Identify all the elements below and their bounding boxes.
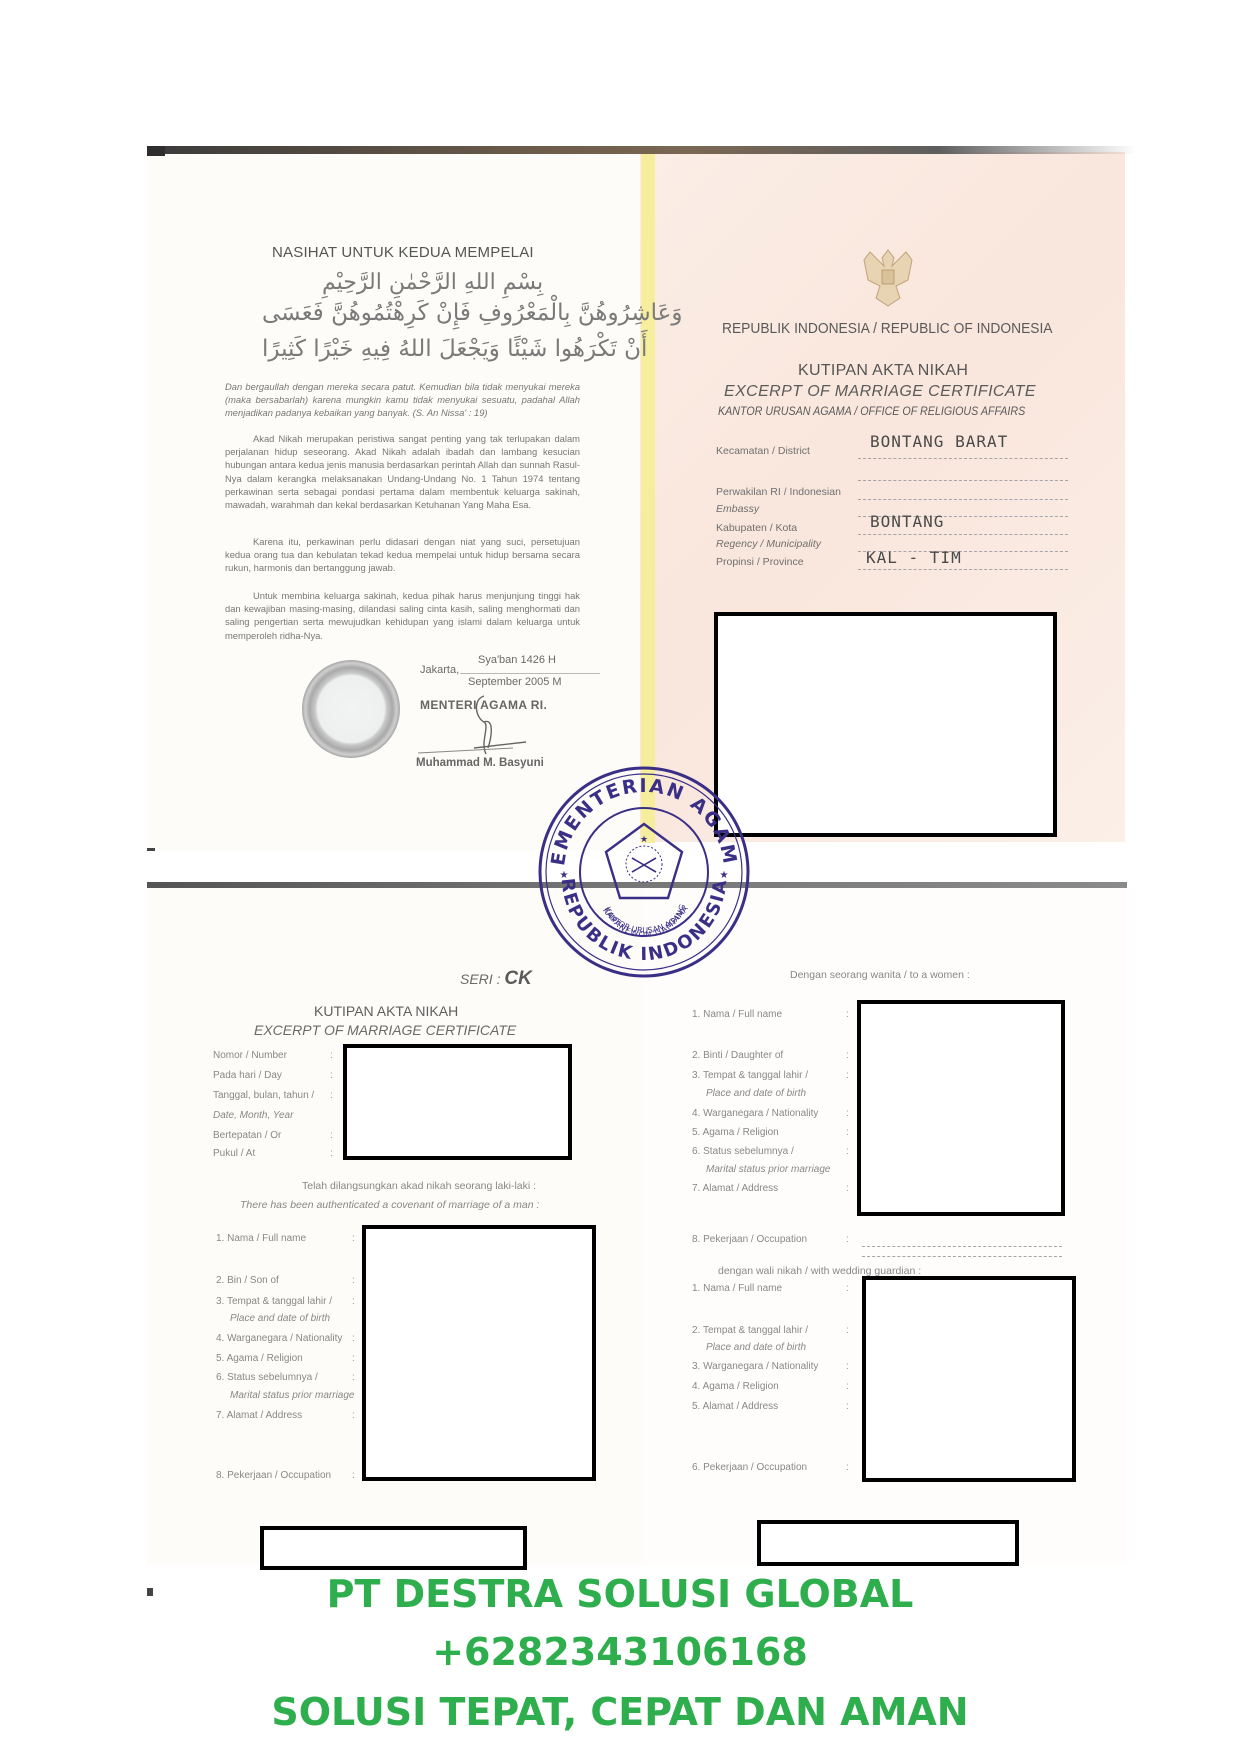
- dotted-line: [858, 480, 1068, 481]
- field-label: Nomor / Number: [213, 1050, 287, 1061]
- husband-intro-id: Telah dilangsungkan akad nikah seorang l…: [302, 1180, 536, 1192]
- field-label: 4. Agama / Religion: [692, 1381, 779, 1392]
- redaction-box: [862, 1276, 1076, 1482]
- field-label: 4. Warganegara / Nationality: [692, 1108, 818, 1119]
- field-colon: :: [846, 1283, 849, 1294]
- redaction-box: [857, 1000, 1065, 1216]
- field-colon: :: [846, 1401, 849, 1412]
- advice-paragraph-4: Untuk membina keluarga sakinah, kedua pi…: [225, 589, 580, 642]
- field-label: 5. Agama / Religion: [692, 1127, 779, 1138]
- ad-phone-number: +6282343106168: [0, 1630, 1240, 1674]
- republic-heading: REPUBLIK INDONESIA / REPUBLIC OF INDONES…: [722, 320, 1053, 337]
- scan-side-mark: [147, 848, 155, 851]
- garuda-emblem-icon: [848, 240, 928, 310]
- svg-text:KAPANEWON GAMPING: KAPANEWON GAMPING: [603, 902, 688, 939]
- husband-page-title-en: EXCERPT OF MARRIAGE CERTIFICATE: [254, 1022, 516, 1038]
- field-label: Marital status prior marriage: [706, 1164, 830, 1175]
- arabic-basmala: بِسْمِ اللهِ الرَّحْمٰنِ الرَّحِيْمِ: [322, 270, 543, 295]
- field-colon: :: [846, 1009, 849, 1020]
- field-label: 8. Pekerjaan / Occupation: [692, 1234, 807, 1245]
- book-spine-strip: [641, 153, 655, 843]
- field-label: 2. Bin / Son of: [216, 1275, 279, 1286]
- advice-quote-paragraph: Dan bergaullah dengan mereka secara patu…: [225, 380, 580, 420]
- field-colon: :: [330, 1050, 333, 1061]
- signer-name: Muhammad M. Basyuni: [416, 757, 544, 769]
- district-label: Kecamatan / District: [716, 445, 810, 457]
- field-colon: :: [846, 1108, 849, 1119]
- field-colon: :: [846, 1127, 849, 1138]
- field-label: 4. Warganegara / Nationality: [216, 1333, 342, 1344]
- wife-intro: Dengan seorang wanita / to a women :: [790, 969, 970, 981]
- field-colon: :: [352, 1470, 355, 1481]
- scan-top-edge: [147, 146, 1137, 154]
- signing-place: Jakarta,: [420, 664, 459, 676]
- field-label: 1. Nama / Full name: [216, 1233, 306, 1244]
- field-label: Tanggal, bulan, tahun /: [213, 1090, 314, 1101]
- field-colon: :: [846, 1070, 849, 1081]
- field-label: Pukul / At: [213, 1148, 255, 1159]
- field-colon: :: [846, 1183, 849, 1194]
- ministry-seal-icon: [302, 660, 400, 758]
- field-colon: :: [352, 1233, 355, 1244]
- field-label: 7. Alamat / Address: [692, 1183, 778, 1194]
- field-label: 5. Alamat / Address: [692, 1401, 778, 1412]
- redaction-box: [343, 1044, 572, 1160]
- ad-tagline: SOLUSI TEPAT, CEPAT DAN AMAN: [0, 1690, 1240, 1734]
- field-colon: :: [330, 1090, 333, 1101]
- seri-value: CK: [504, 968, 531, 989]
- date-masehi: September 2005 M: [468, 676, 562, 688]
- embassy-dotted-line: [858, 499, 1068, 500]
- arabic-verse-line-2: أَنْ تَكْرَهُوا شَيْئًا وَيَجْعَلَ اللهُ…: [262, 336, 647, 362]
- redaction-box: [260, 1526, 527, 1570]
- field-colon: :: [846, 1361, 849, 1372]
- field-label: 2. Binti / Daughter of: [692, 1050, 783, 1061]
- redaction-box: [362, 1225, 596, 1481]
- embassy-label: Perwakilan RI / Indonesian: [716, 486, 841, 498]
- field-label: 6. Status sebelumnya /: [216, 1372, 318, 1383]
- regency-dotted-line: [858, 534, 1068, 535]
- embassy-label-2: Embassy: [716, 503, 759, 515]
- field-label: 1. Nama / Full name: [692, 1009, 782, 1020]
- dotted-line: [862, 1256, 1062, 1257]
- field-label: 8. Pekerjaan / Occupation: [216, 1470, 331, 1481]
- advice-paragraph-3: Karena itu, perkawinan perlu didasari de…: [225, 535, 580, 575]
- field-label: 5. Agama / Religion: [216, 1353, 303, 1364]
- arabic-verse-line-1: وَعَاشِرُوهُنَّ بِالْمَعْرُوفِ فَإِنْ كَ…: [262, 300, 682, 326]
- field-label: 6. Pekerjaan / Occupation: [692, 1462, 807, 1473]
- svg-text:★: ★: [560, 870, 569, 881]
- field-label: 3. Tempat & tanggal lahir /: [692, 1070, 808, 1081]
- field-label: 6. Status sebelumnya /: [692, 1146, 794, 1157]
- field-colon: :: [846, 1050, 849, 1061]
- field-label: Place and date of birth: [706, 1088, 806, 1099]
- seri-label: SERI : CK: [460, 968, 532, 990]
- field-label: 3. Warganegara / Nationality: [692, 1361, 818, 1372]
- district-value: BONTANG BARAT: [870, 432, 1008, 451]
- scan-corner-mark: [147, 146, 165, 156]
- field-colon: :: [352, 1296, 355, 1307]
- redaction-box: [757, 1520, 1019, 1566]
- cover-title-en: EXCERPT OF MARRIAGE CERTIFICATE: [724, 383, 1036, 401]
- field-colon: :: [352, 1353, 355, 1364]
- field-colon: :: [330, 1130, 333, 1141]
- field-label: Pada hari / Day: [213, 1070, 282, 1081]
- province-dotted-line: [858, 569, 1068, 570]
- date-divider: [460, 673, 600, 674]
- kua-stamp-icon: KEMENTERIAN AGAMA REPUBLIK INDONESIA ★ ★…: [534, 762, 754, 982]
- regency-label-2: Regency / Municipality: [716, 538, 821, 550]
- advice-title: NASIHAT UNTUK KEDUA MEMPELAI: [272, 244, 534, 261]
- husband-intro-en: There has been authenticated a covenant …: [240, 1199, 539, 1211]
- dotted-line: [862, 1246, 1062, 1247]
- province-value: KAL - TIM: [866, 548, 962, 567]
- date-hijri: Sya'ban 1426 H: [478, 654, 556, 666]
- field-label: Marital status prior marriage: [230, 1390, 354, 1401]
- field-label: Date, Month, Year: [213, 1110, 293, 1121]
- field-colon: :: [846, 1381, 849, 1392]
- svg-text:★: ★: [720, 870, 729, 881]
- regency-label: Kabupaten / Kota: [716, 522, 797, 534]
- husband-page-title-id: KUTIPAN AKTA NIKAH: [314, 1003, 458, 1019]
- field-colon: :: [330, 1070, 333, 1081]
- field-label: 2. Tempat & tanggal lahir /: [692, 1325, 808, 1336]
- field-label: 7. Alamat / Address: [216, 1410, 302, 1421]
- svg-text:★: ★: [640, 834, 648, 844]
- field-label: 1. Nama / Full name: [692, 1283, 782, 1294]
- redaction-box: [714, 612, 1057, 837]
- field-colon: :: [846, 1234, 849, 1245]
- field-label: Place and date of birth: [230, 1313, 330, 1324]
- ad-company-name: PT DESTRA SOLUSI GLOBAL: [0, 1572, 1240, 1616]
- advice-paragraph-2: Akad Nikah merupakan peristiwa sangat pe…: [225, 432, 580, 511]
- field-colon: :: [352, 1333, 355, 1344]
- field-label: Bertepatan / Or: [213, 1130, 281, 1141]
- cover-title-id: KUTIPAN AKTA NIKAH: [798, 362, 968, 380]
- signature-icon: [470, 692, 530, 762]
- field-colon: :: [846, 1146, 849, 1157]
- field-colon: :: [330, 1148, 333, 1159]
- field-colon: :: [352, 1372, 355, 1383]
- field-label: Place and date of birth: [706, 1342, 806, 1353]
- office-heading: KANTOR URUSAN AGAMA / OFFICE OF RELIGIOU…: [718, 406, 1025, 418]
- regency-value: BONTANG: [870, 512, 944, 531]
- province-label: Propinsi / Province: [716, 556, 804, 568]
- field-colon: :: [846, 1462, 849, 1473]
- field-colon: :: [352, 1275, 355, 1286]
- district-dotted-line: [858, 458, 1068, 459]
- stamp-inner-line-2: KAPANEWON GAMPING: [603, 902, 688, 939]
- field-label: 3. Tempat & tanggal lahir /: [216, 1296, 332, 1307]
- field-colon: :: [352, 1410, 355, 1421]
- seri-prefix: SERI :: [460, 971, 500, 987]
- field-colon: :: [846, 1325, 849, 1336]
